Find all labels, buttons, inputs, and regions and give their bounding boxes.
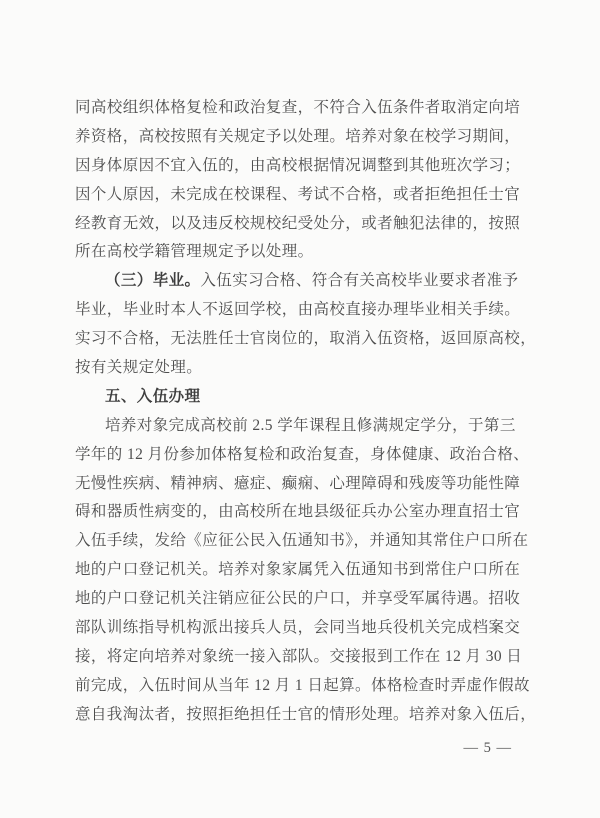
text-line-subsection-start: （三）毕业。入伍实习合格、符合有关高校毕业要求者准予	[75, 267, 531, 296]
text-line: 地的户口登记机关注销应征公民的户口，并享受军属待遇。招收	[75, 585, 531, 614]
text-line: 所在高校学籍管理规定予以处理。	[75, 238, 531, 267]
text-line: 前完成，入伍时间从当年 12 月 1 日起算。体格检查时弄虚作假故	[75, 672, 531, 701]
text-line: 毕业，毕业时本人不返回学校，由高校直接办理毕业相关手续。	[75, 296, 531, 325]
text-line: 部队训练指导机构派出接兵人员，会同当地兵役机关完成档案交	[75, 614, 531, 643]
document-page: 同高校组织体格复检和政治复查，不符合入伍条件者取消定向培 养资格，高校按照有关规…	[0, 0, 600, 818]
text-line: 同高校组织体格复检和政治复查，不符合入伍条件者取消定向培	[75, 94, 531, 123]
text-line: 碍和器质性病变的，由高校所在地县级征兵办公室办理直招士官	[75, 498, 531, 527]
text-line: 学年的 12 月份参加体格复检和政治复查，身体健康、政治合格、	[75, 441, 531, 470]
text-line: 养资格，高校按照有关规定予以处理。培养对象在校学习期间，	[75, 123, 531, 152]
document-body: 同高校组织体格复检和政治复查，不符合入伍条件者取消定向培 养资格，高校按照有关规…	[75, 94, 531, 730]
text-line: 入伍手续，发给《应征公民入伍通知书》，并通知其常住户口所在	[75, 527, 531, 556]
text-line-paragraph-start: 培养对象完成高校前 2.5 学年课程且修满规定学分，于第三	[75, 412, 531, 441]
page-number: — 5 —	[0, 739, 512, 757]
text-line: 因身体原因不宜入伍的，由高校根据情况调整到其他班次学习；	[75, 152, 531, 181]
text-line: 经教育无效，以及违反校规校纪受处分，或者触犯法律的，按照	[75, 210, 531, 239]
text-line: 按有关规定处理。	[75, 354, 531, 383]
text-line: 实习不合格，无法胜任士官岗位的，取消入伍资格，返回原高校，	[75, 325, 531, 354]
text-run: 入伍实习合格、符合有关高校毕业要求者准予	[200, 272, 518, 289]
text-line: 意自我淘汰者，按照拒绝担任士官的情形处理。培养对象入伍后，	[75, 701, 531, 730]
section-heading: 五、入伍办理	[75, 383, 531, 412]
text-line: 地的户口登记机关。培养对象家属凭入伍通知书到常住户口所在	[75, 556, 531, 585]
text-line: 接，将定向培养对象统一接入部队。交接报到工作在 12 月 30 日	[75, 643, 531, 672]
text-line: 因个人原因，未完成在校课程、考试不合格，或者拒绝担任士官	[75, 181, 531, 210]
text-line: 无慢性疾病、精神病、癔症、癫痫、心理障碍和残废等功能性障	[75, 470, 531, 499]
subsection-label: （三）毕业。	[105, 272, 200, 289]
